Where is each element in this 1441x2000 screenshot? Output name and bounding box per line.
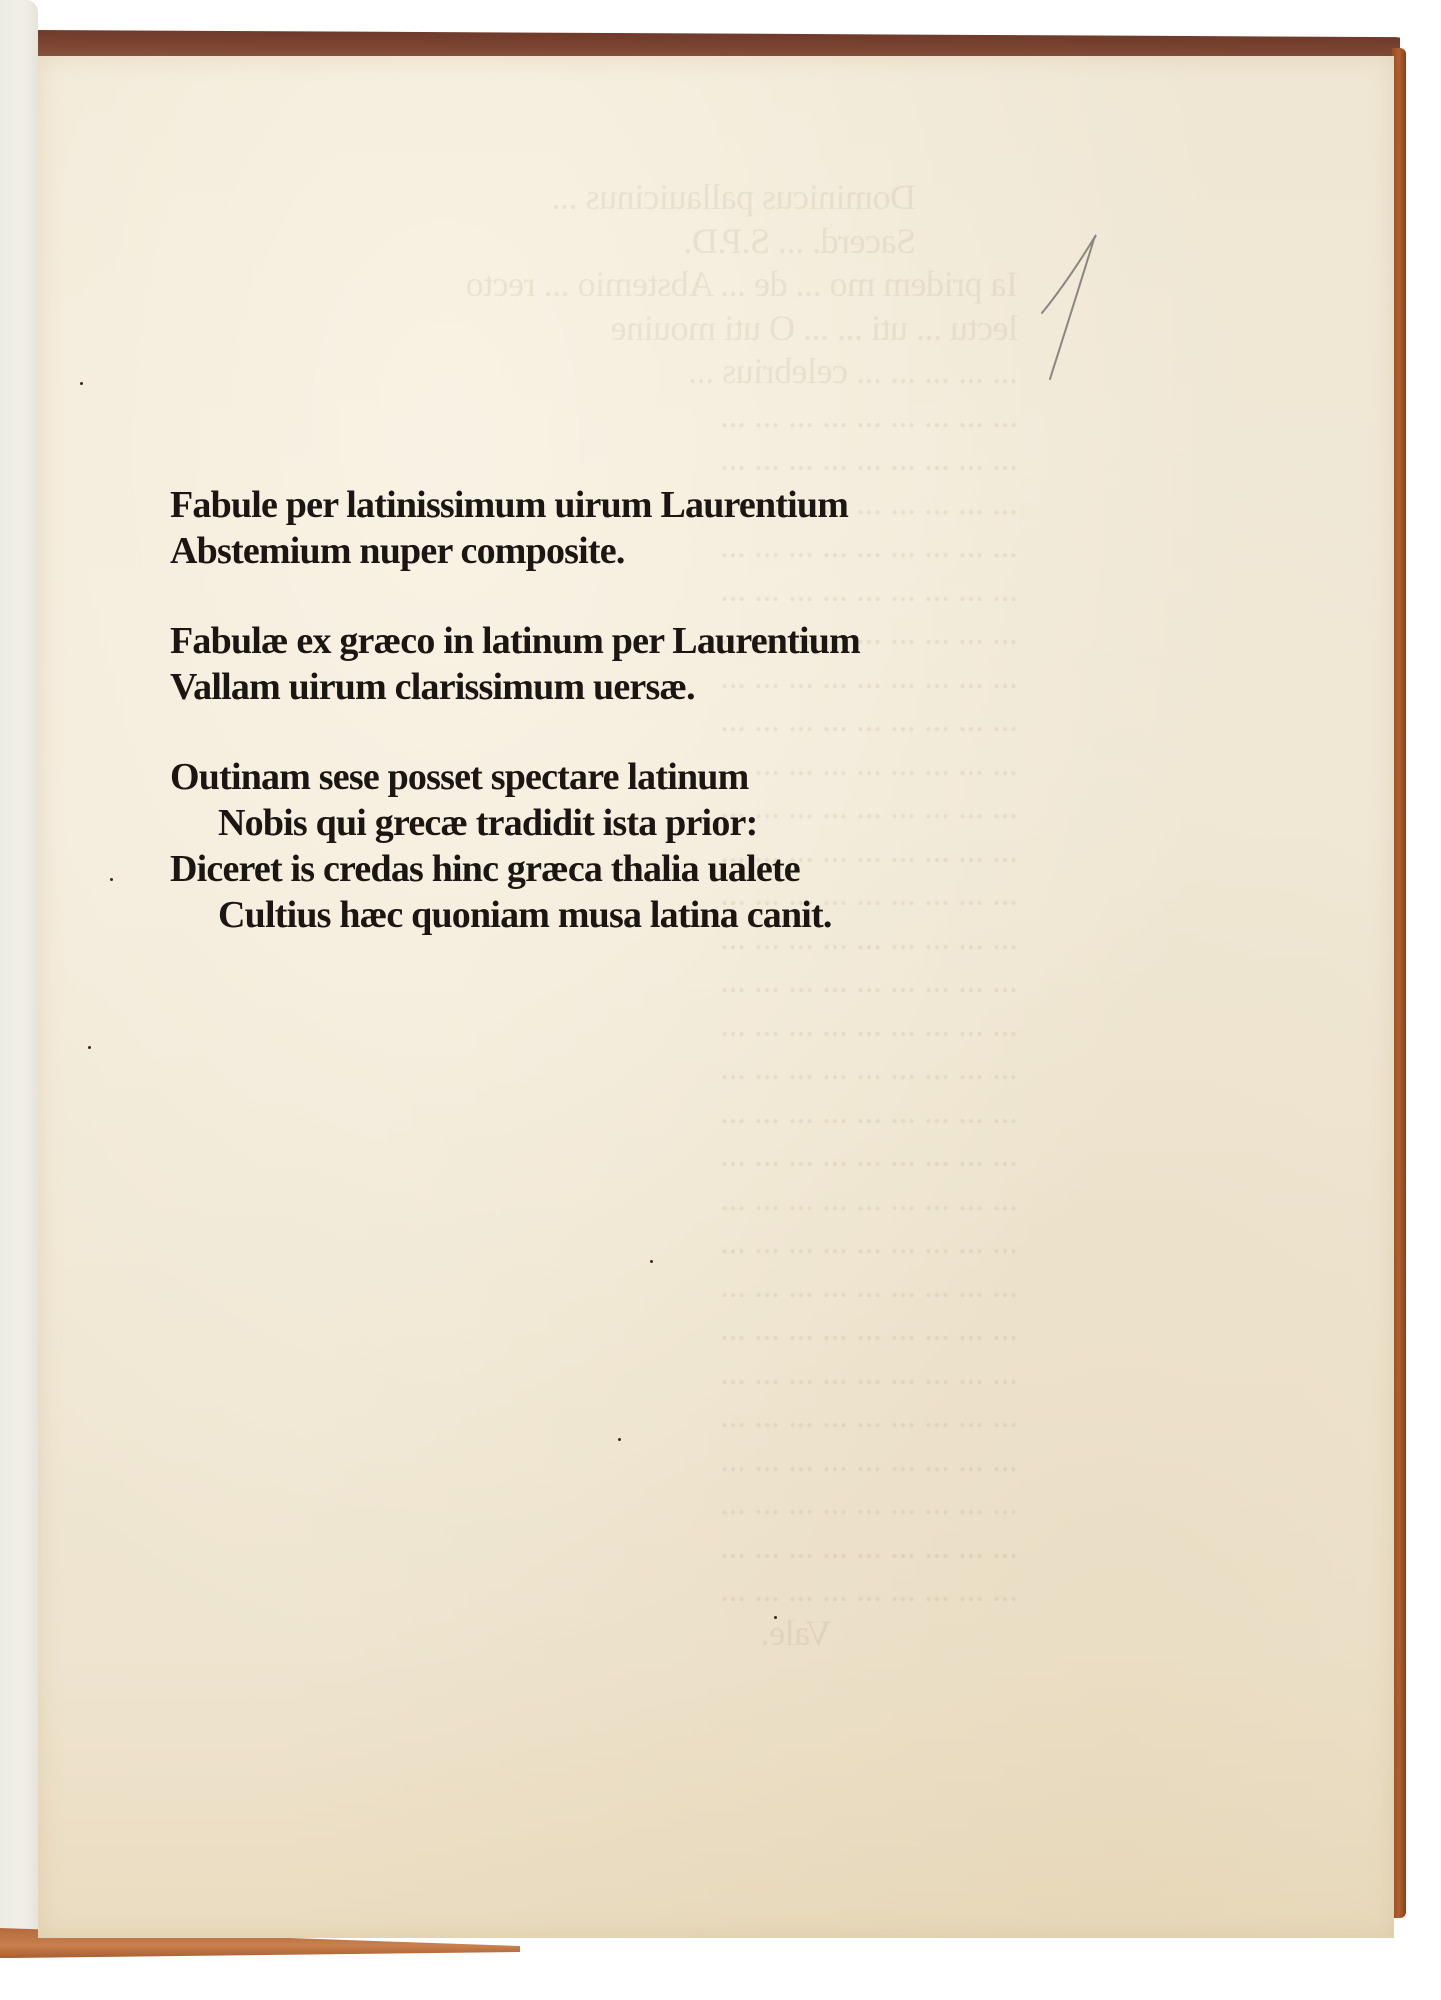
epigram-verse: Nobis qui grecæ tradidit ista prior: xyxy=(170,800,860,846)
paper-speck xyxy=(88,1046,91,1049)
title-fabulae-abstemii: Fabule per latinissimum uirum Laurentium… xyxy=(170,482,860,574)
title-line: Abstemium nuper composite. xyxy=(170,528,860,574)
epigram-verse: Diceret is credas hinc græca thalia uale… xyxy=(170,846,860,892)
adjacent-flyleaf xyxy=(0,0,38,1950)
title-line: Fabule per latinissimum uirum Laurentium xyxy=(170,482,860,528)
paper-speck xyxy=(618,1438,621,1441)
epigram: Outinam sese posset spectare latinum Nob… xyxy=(170,754,860,938)
leather-binding-fore-edge xyxy=(1392,48,1406,1918)
title-page: Dominicus pallauicinus ... Sacerd. ... S… xyxy=(38,56,1394,1938)
title-line: Fabulæ ex græco in latinum per Laurentiu… xyxy=(170,618,860,664)
printed-text-block: Fabule per latinissimum uirum Laurentium… xyxy=(170,482,860,938)
epigram-verse: Outinam sese posset spectare latinum xyxy=(170,754,860,800)
pencil-folio-number-icon xyxy=(1038,231,1098,381)
paper-speck xyxy=(650,1260,653,1263)
paper-speck xyxy=(80,382,83,385)
paper-speck xyxy=(774,1616,777,1619)
title-line: Vallam uirum clarissimum uersæ. xyxy=(170,664,860,710)
paper-speck xyxy=(110,878,113,881)
title-fabulae-vallae: Fabulæ ex græco in latinum per Laurentiu… xyxy=(170,618,860,710)
epigram-verse: Cultius hæc quoniam musa latina canit. xyxy=(170,892,860,938)
